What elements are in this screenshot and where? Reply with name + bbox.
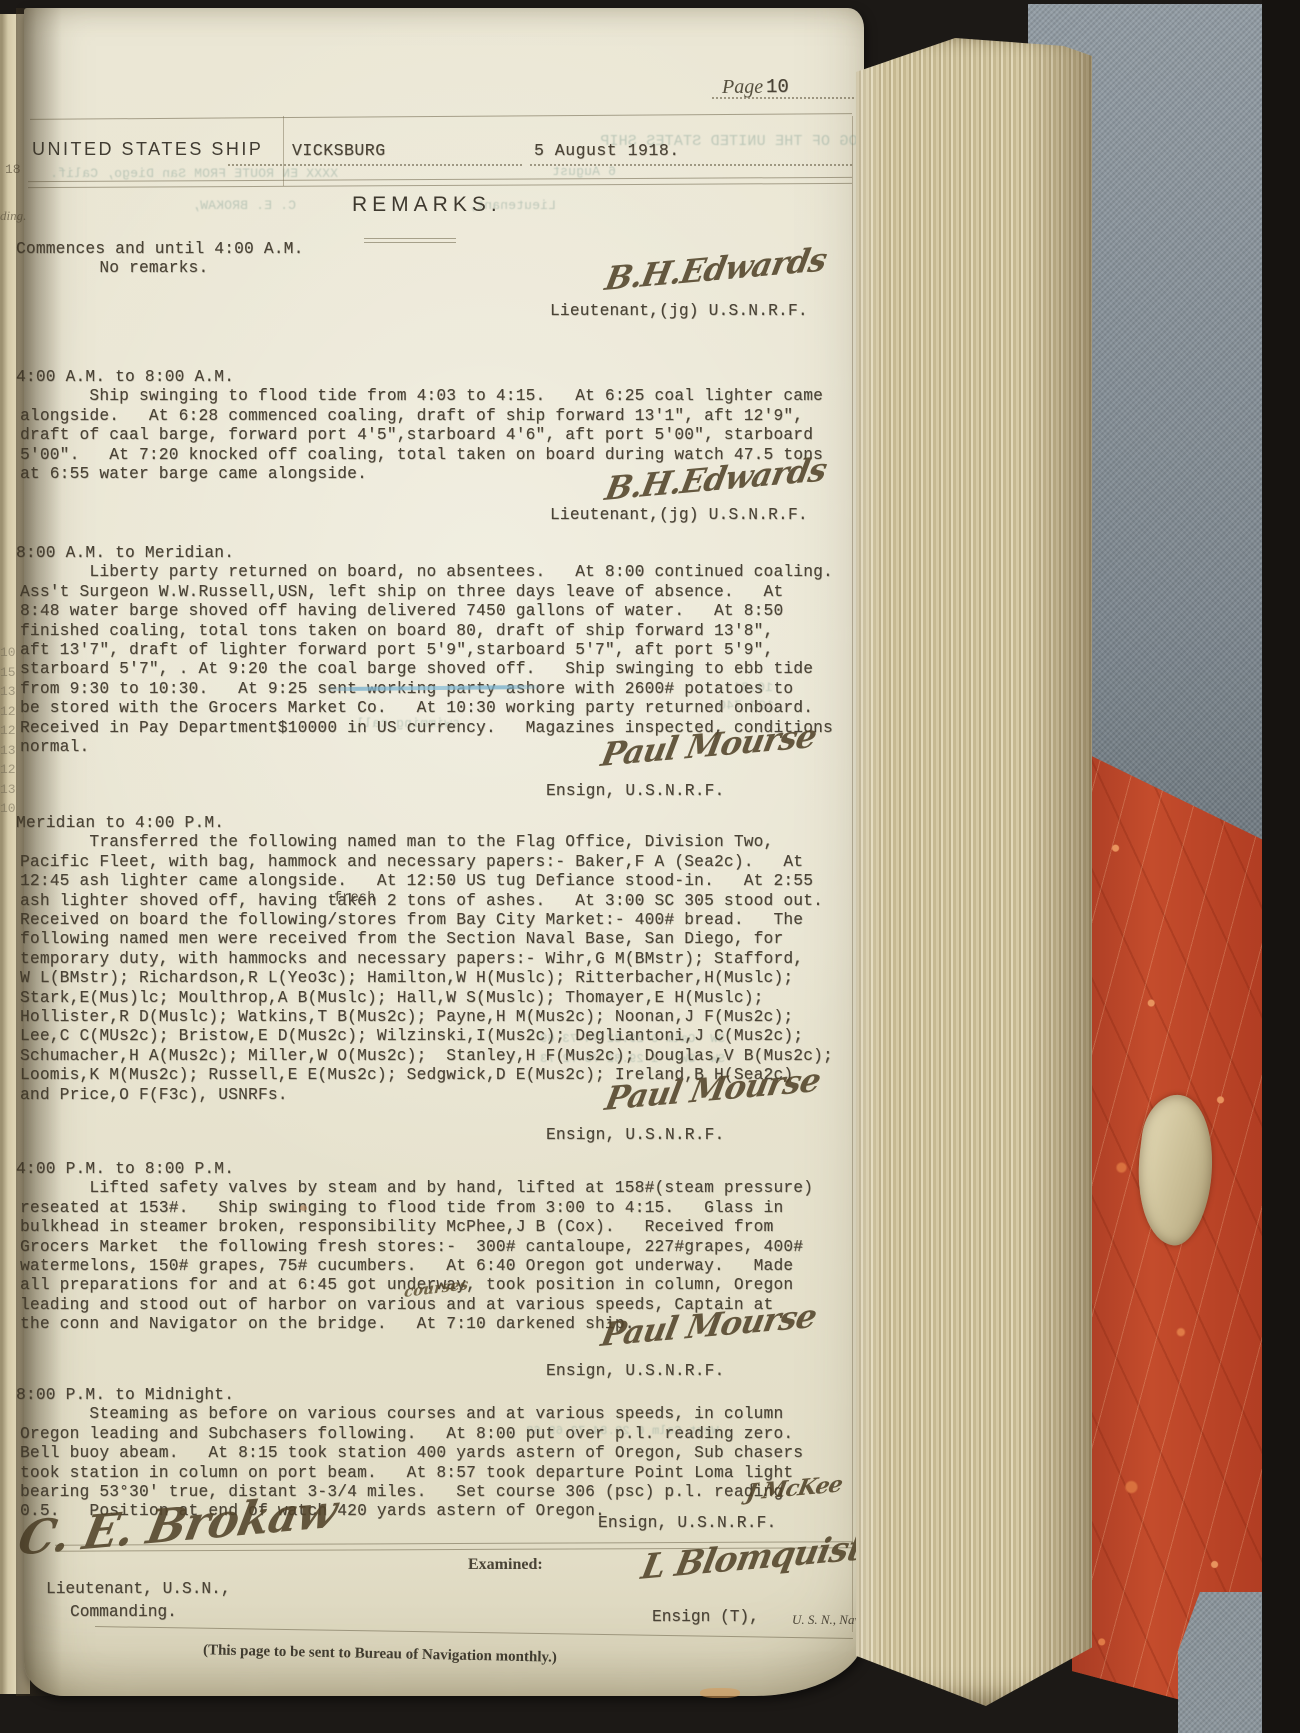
- binding-gutter-shadow: [16, 8, 62, 1696]
- page-stack-fore-edge: [856, 30, 1092, 1706]
- background-shadow: [1262, 0, 1300, 1733]
- log-page-paper: [24, 8, 864, 1696]
- book-photo: LOG OF THE UNITED STATES SHIPXXXX EN ROU…: [0, 0, 1300, 1733]
